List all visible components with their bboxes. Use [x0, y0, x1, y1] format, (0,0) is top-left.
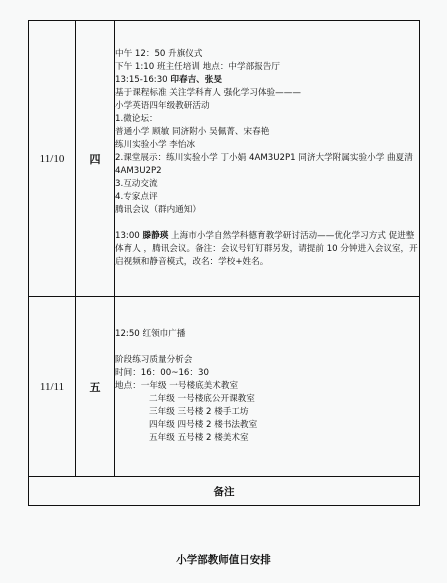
weekday-cell: 四 [76, 21, 115, 297]
date-cell: 11/10 [29, 21, 76, 297]
activity-line: 3.互动交流 [115, 178, 419, 191]
activity-line: 1.微论坛： [115, 113, 419, 126]
activity-line: 五年级 五号楼 2 楼美术室 [115, 432, 419, 445]
section-title: 小学部教师值日安排 [0, 552, 447, 567]
activity-line: 13:00 滕静瑛 上海市小学自然学科德育教学研讨活动——优化学习方式 促进整体… [115, 230, 419, 269]
activity-line: 时间：16：00~16：30 [115, 367, 419, 380]
activity-time: 13:15-16:30 [115, 75, 168, 85]
activity-line: 中午 12：50 升旗仪式 [115, 48, 419, 61]
activity-line: 普通小学 顾敏 同济附小 吴佩菁、宋春艳 [115, 126, 419, 139]
activity-line: 三年级 三号楼 2 楼手工坊 [115, 406, 419, 419]
weekly-schedule-table: 11/10 四 中午 12：50 升旗仪式 下午 1:10 班主任培训 地点：中… [28, 20, 420, 506]
activity-line: 基于课程标准 关注学科育人 强化学习体验——— [115, 87, 419, 100]
activity-line: 2.课堂展示：练川实验小学 丁小娟 4AM3U2P1 同济大学附属实验小学 曲夏… [115, 152, 419, 178]
remark-label: 备注 [29, 477, 420, 506]
activity-cell: 12:50 红领巾广播 阶段练习质量分析会 时间：16：00~16：30 地点：… [115, 297, 420, 477]
activity-time: 13:00 [115, 231, 140, 241]
activity-line: 地点：一年级 一号楼底美术教室 [115, 380, 419, 393]
activity-line: 12:50 红领巾广播 [115, 328, 419, 341]
activity-cell: 中午 12：50 升旗仪式 下午 1:10 班主任培训 地点：中学部报告厅 13… [115, 21, 420, 297]
activity-line: 练川实验小学 李怡冰 [115, 139, 419, 152]
table-row: 11/10 四 中午 12：50 升旗仪式 下午 1:10 班主任培训 地点：中… [29, 21, 420, 297]
activity-line: 小学英语四年级教研活动 [115, 100, 419, 113]
table-row: 11/11 五 12:50 红领巾广播 阶段练习质量分析会 时间：16：00~1… [29, 297, 420, 477]
remark-row: 备注 [29, 477, 420, 506]
activity-host: 印春吉、张旻 [170, 75, 222, 85]
activity-line: 4.专家点评 [115, 191, 419, 204]
spacer [115, 341, 419, 354]
activity-line: 阶段练习质量分析会 [115, 354, 419, 367]
activity-line: 二年级 一号楼底公开课教室 [115, 393, 419, 406]
activity-line: 腾讯会议（群内通知） [115, 204, 419, 217]
activity-line: 13:15-16:30 印春吉、张旻 [115, 74, 419, 87]
spacer [115, 217, 419, 230]
date-cell: 11/11 [29, 297, 76, 477]
activity-line: 四年级 四号楼 2 楼书法教室 [115, 419, 419, 432]
activity-line: 下午 1:10 班主任培训 地点：中学部报告厅 [115, 61, 419, 74]
activity-host: 滕静瑛 [143, 231, 169, 241]
weekday-cell: 五 [76, 297, 115, 477]
